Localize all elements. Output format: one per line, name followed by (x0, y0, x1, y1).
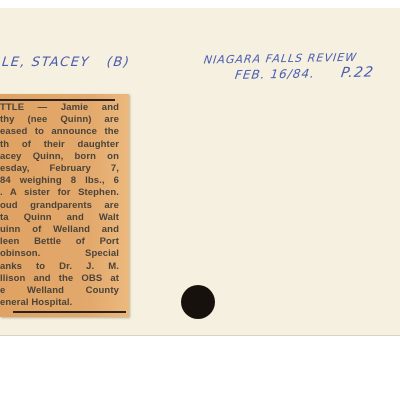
clipping-line: thy (nee Quinn) are (0, 114, 119, 126)
index-card: LE, STACEY (B) NIAGARA FALLS REVIEW FEB.… (0, 8, 400, 336)
hole-punch-dot (181, 285, 215, 319)
clipping-line: e Welland County (0, 285, 119, 297)
clipping-line: acey Quinn, born on (0, 151, 119, 163)
clipping-line: th of their daughter (0, 139, 119, 151)
clipping-line: leen Bettle of Port (0, 236, 119, 248)
handwritten-date-line: FEB. 16/84.P.22 (234, 65, 375, 83)
newspaper-clipping: TTLE — Jamie and thy (nee Quinn) are eas… (0, 94, 129, 317)
clipping-line: oud grandparents are (0, 200, 119, 212)
clipping-line: uinn of Welland and (0, 224, 119, 236)
clipping-line: eased to announce the (0, 126, 119, 138)
clipping-line: obinson. Special (0, 248, 119, 260)
clipping-bottom-rule (13, 311, 126, 313)
clipping-line: llison and the OBS at (0, 273, 119, 285)
clipping-line: . A sister for Stephen. (0, 187, 119, 199)
clipping-line: TTLE — Jamie and (0, 102, 119, 114)
clipping-line: ta Quinn and Walt (0, 212, 119, 224)
clipping-line: anks to Dr. J. M. (0, 261, 119, 273)
handwritten-name-label: LE, STACEY (B) (1, 55, 131, 70)
handwritten-source-note: NIAGARA FALLS REVIEW FEB. 16/84.P.22 (201, 51, 377, 84)
clipping-top-rule (0, 99, 115, 101)
clipping-line: 84 weighing 8 lbs., 6 (0, 175, 119, 187)
handwritten-page-number: P.22 (340, 65, 375, 82)
clipping-text-column: TTLE — Jamie and thy (nee Quinn) are eas… (0, 102, 119, 309)
clipping-line: esday, February 7, (0, 163, 119, 175)
clipping-line: eneral Hospital. (0, 297, 119, 309)
scanned-page-background: LE, STACEY (B) NIAGARA FALLS REVIEW FEB.… (0, 0, 400, 400)
handwritten-date: FEB. 16/84. (234, 67, 316, 82)
